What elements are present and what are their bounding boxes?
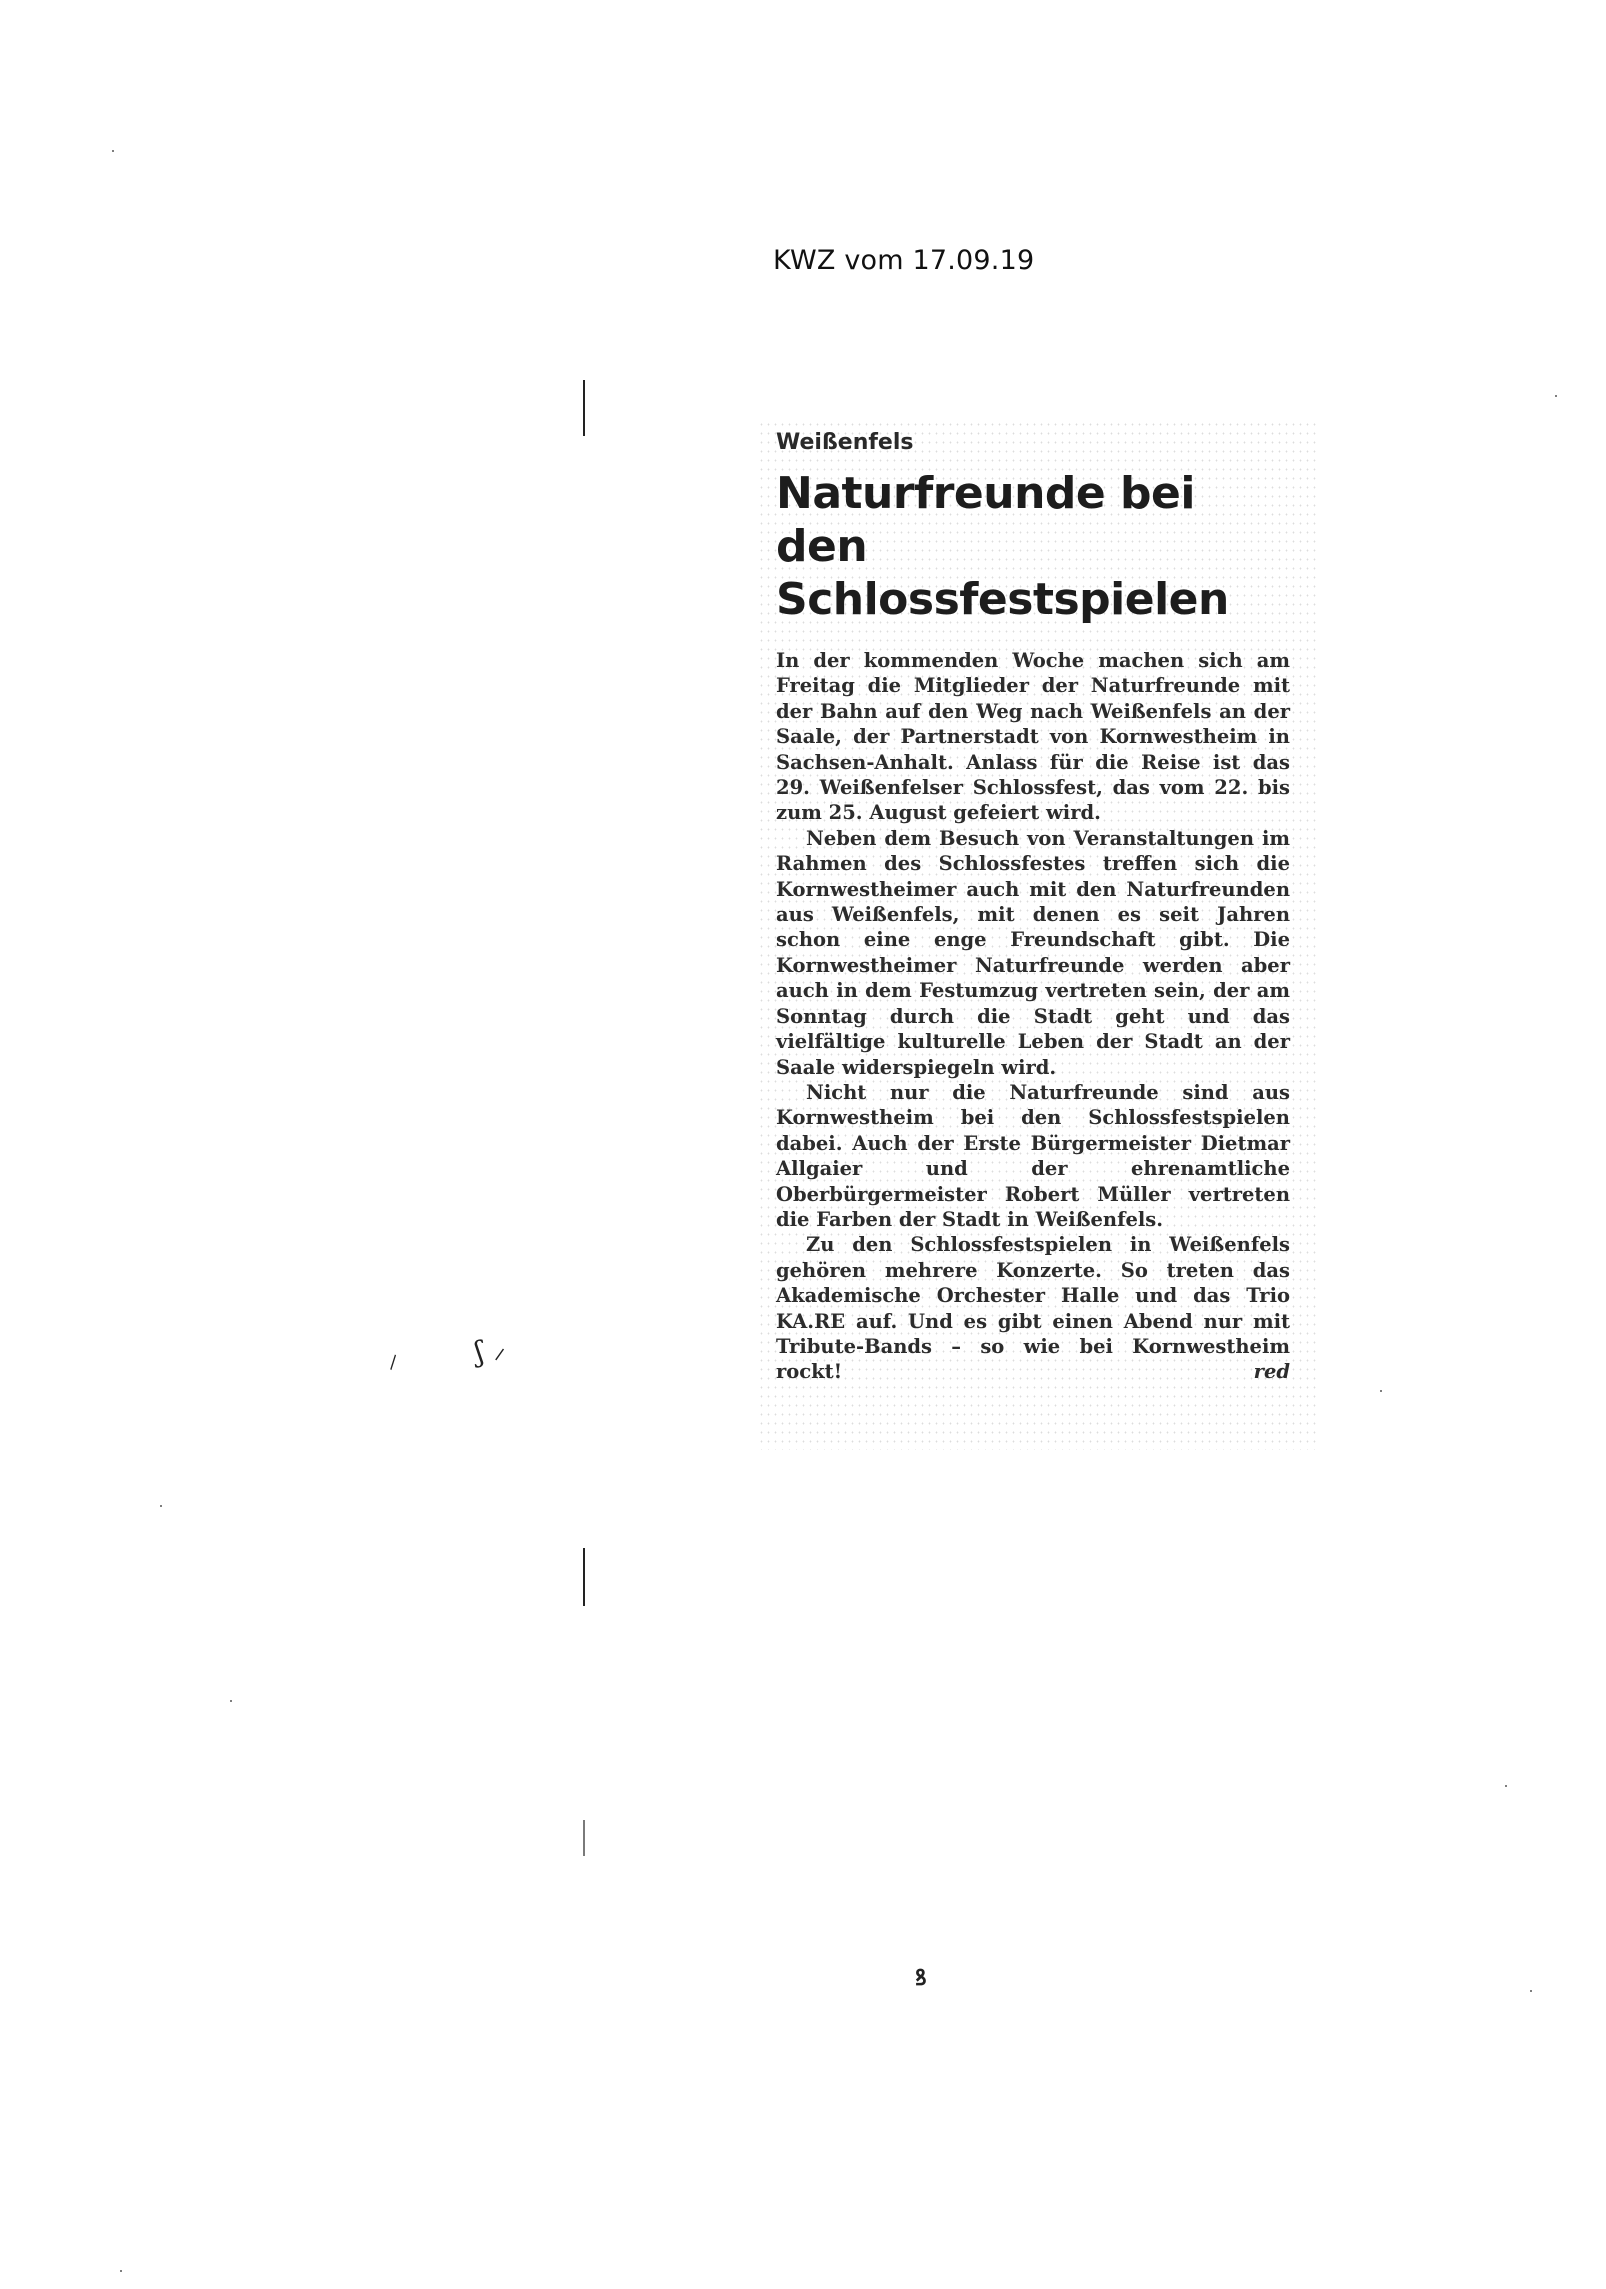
article-paragraph-2: Neben dem Besuch von Veranstaltungen im … [776,826,1290,1080]
article-headline: Naturfreunde bei den Schlossfestspielen [776,467,1298,626]
margin-line-top [583,380,585,436]
scan-speck [1530,1990,1532,1992]
newspaper-clipping: Weißenfels Naturfreunde bei den Schlossf… [768,430,1298,1450]
pen-scribble-mark: ʃ ⸝ [472,1328,509,1371]
scan-speck [230,1700,232,1702]
scan-speck [1505,1785,1507,1787]
article-paragraph-3: Nicht nur die Naturfreunde sind aus Korn… [776,1080,1290,1232]
scan-speck [160,1505,162,1507]
margin-line-middle [583,1548,585,1606]
scan-speck [112,150,114,152]
scan-speck-dash: \ [385,1352,402,1373]
article-paragraph-4-text: Zu den Schlossfestspielen in Weißenfels … [776,1233,1290,1383]
scan-speck [1380,1390,1382,1392]
page-caption: KWZ vom 17.09.19 [773,245,1034,276]
bottom-scan-mark: ꝸ [915,1962,927,1992]
scan-speck [120,2270,122,2272]
article-signature: red [1224,1359,1290,1384]
article-paragraph-1: In der kommenden Woche machen sich am Fr… [776,648,1290,826]
margin-line-lower [583,1820,585,1856]
article-kicker: Weißenfels [776,430,1298,455]
scan-speck [1100,680,1102,682]
scan-speck [1555,395,1557,397]
article-body: In der kommenden Woche machen sich am Fr… [776,648,1290,1385]
article-paragraph-4: Zu den Schlossfestspielen in Weißenfels … [776,1232,1290,1384]
